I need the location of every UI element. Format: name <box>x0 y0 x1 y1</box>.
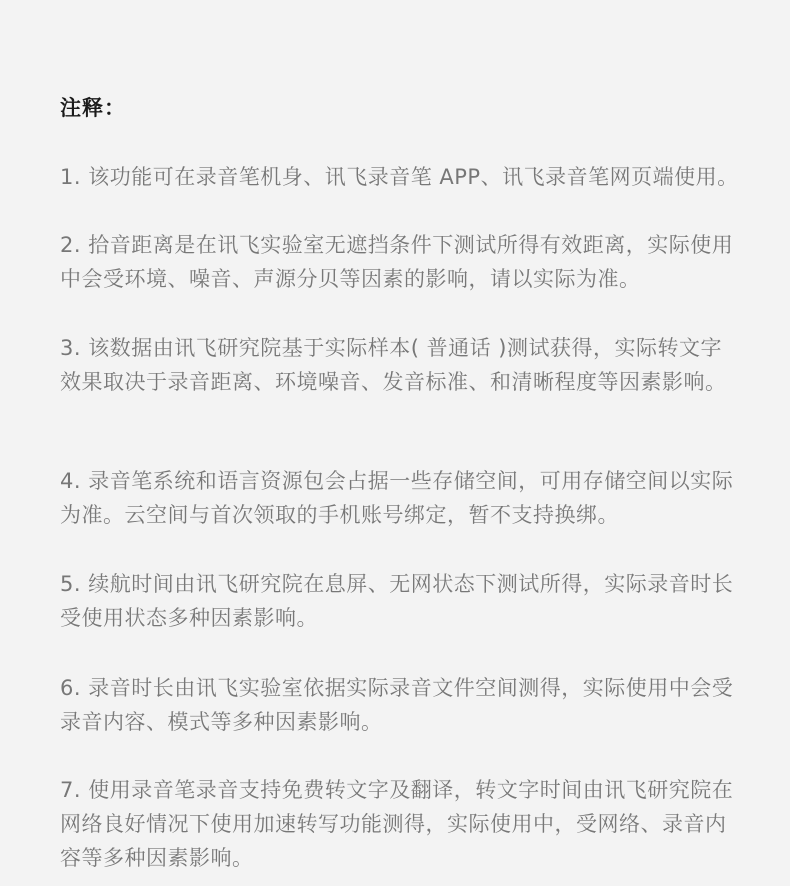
note-item-5: 5. 续航时间由讯飞研究院在息屏、无网状态下测试所得，实际录音时长受使用状态多种… <box>60 567 740 635</box>
note-item-6: 6. 录音时长由讯飞实验室依据实际录音文件空间测得，实际使用中会受录音内容、模式… <box>60 671 740 739</box>
note-item-3: 3. 该数据由讯飞研究院基于实际样本( 普通话 )测试获得，实际转文字效果取决于… <box>60 331 740 399</box>
note-item-7: 7. 使用录音笔录音支持免费转文字及翻译，转文字时间由讯飞研究院在网络良好情况下… <box>60 773 740 875</box>
note-item-2: 2. 拾音距离是在讯飞实验室无遮挡条件下测试所得有效距离，实际使用中会受环境、噪… <box>60 228 740 296</box>
note-item-1: 1. 该功能可在录音笔机身、讯飞录音笔 APP、讯飞录音笔网页端使用。 <box>60 160 740 194</box>
notes-heading: 注释： <box>60 92 126 122</box>
note-item-4: 4. 录音笔系统和语言资源包会占据一些存储空间，可用存储空间以实际为准。云空间与… <box>60 464 740 532</box>
